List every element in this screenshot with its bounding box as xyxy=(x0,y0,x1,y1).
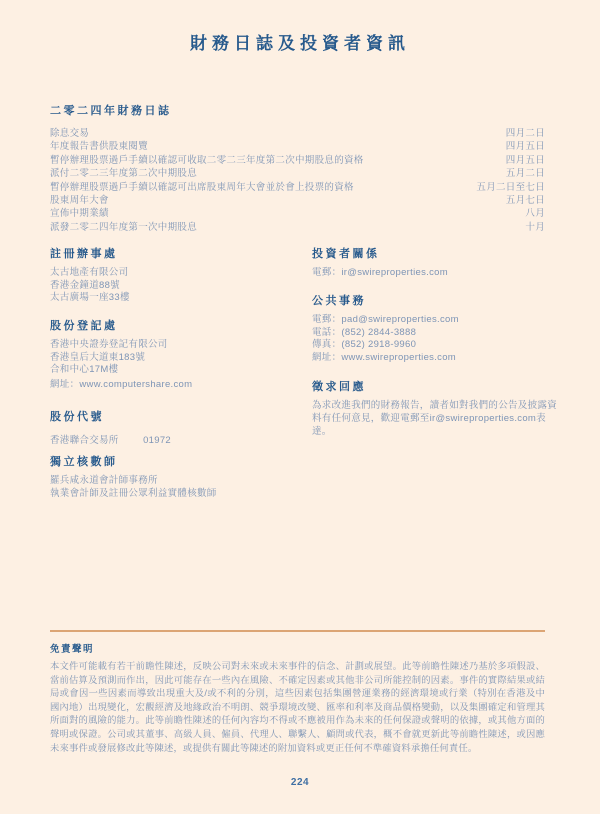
stock-code-heading: 股份代號 xyxy=(50,410,305,424)
share-registrar-line: 香港皇后大道東183號 xyxy=(50,352,305,365)
public-affairs-phone: 電話：(852) 2844-3888 xyxy=(312,327,552,340)
calendar-event-label: 暫停辦理股票過戶手續以確認可收取二零二三年度第二次中期股息的資格 xyxy=(50,154,364,167)
calendar-row: 暫停辦理股票過戶手續以確認可出席股東周年大會並於會上投票的資格 五月二日至七日 xyxy=(50,181,545,194)
calendar-event-date: 八月 xyxy=(525,207,545,220)
calendar-event-date: 四月五日 xyxy=(506,140,545,153)
calendar-event-label: 派付二零二三年度第二次中期股息 xyxy=(50,167,197,180)
investor-relations-heading: 投資者關係 xyxy=(312,247,552,261)
registered-office-line: 香港金鐘道88號 xyxy=(50,280,305,293)
stock-code-section: 股份代號 香港聯合交易所 01972 xyxy=(50,410,305,448)
investor-relations-email: 電郵：ir@swireproperties.com xyxy=(312,267,552,280)
stock-exchange-label: 香港聯合交易所 xyxy=(50,435,119,446)
feedback-heading: 徵求回應 xyxy=(312,380,564,394)
calendar-event-label: 暫停辦理股票過戶手續以確認可出席股東周年大會並於會上投票的資格 xyxy=(50,181,354,194)
registered-office-heading: 註冊辦事處 xyxy=(50,247,305,261)
share-registrar-heading: 股份登記處 xyxy=(50,319,305,333)
registered-office-section: 註冊辦事處 太古地產有限公司 香港金鐘道88號 太古廣場一座33樓 xyxy=(50,247,305,305)
calendar-row: 除息交易 四月二日 xyxy=(50,127,545,140)
calendar-event-date: 五月七日 xyxy=(506,194,545,207)
calendar-event-date: 五月二日至七日 xyxy=(476,181,545,194)
calendar-row: 宣佈中期業績 八月 xyxy=(50,207,545,220)
share-registrar-line: 合和中心17M樓 xyxy=(50,364,305,377)
share-registrar-website: 網址：www.computershare.com xyxy=(50,379,305,392)
report-page: 財務日誌及投資者資訊 二零二四年財務日誌 除息交易 四月二日 年度報告書供股東閱… xyxy=(0,0,600,814)
calendar-event-label: 宣佈中期業績 xyxy=(50,207,109,220)
public-affairs-fax: 傳真：(852) 2918-9960 xyxy=(312,339,552,352)
financial-calendar-section: 二零二四年財務日誌 除息交易 四月二日 年度報告書供股東閱覽 四月五日 暫停辦理… xyxy=(50,104,545,234)
stock-code-value: 01972 xyxy=(143,435,171,448)
auditor-line: 執業會計師及註冊公眾利益實體核數師 xyxy=(50,488,315,501)
share-registrar-line: 香港中央證券登記有限公司 xyxy=(50,339,305,352)
calendar-event-date: 四月五日 xyxy=(506,154,545,167)
public-affairs-heading: 公共事務 xyxy=(312,294,552,308)
calendar-row: 年度報告書供股東閱覽 四月五日 xyxy=(50,140,545,153)
calendar-event-label: 派發二零二四年度第一次中期股息 xyxy=(50,221,197,234)
feedback-body: 為求改進我們的財務報告，讀者如對我們的公告及披露資料有任何意見，歡迎電郵至ir@… xyxy=(312,400,564,438)
calendar-event-date: 十月 xyxy=(525,221,545,234)
calendar-event-date: 五月二日 xyxy=(506,167,545,180)
feedback-section: 徵求回應 為求改進我們的財務報告，讀者如對我們的公告及披露資料有任何意見，歡迎電… xyxy=(312,380,564,438)
calendar-row: 派付二零二三年度第二次中期股息 五月二日 xyxy=(50,167,545,180)
registered-office-line: 太古廣場一座33樓 xyxy=(50,292,305,305)
page-number: 224 xyxy=(0,777,600,788)
auditor-heading: 獨立核數師 xyxy=(50,455,315,469)
financial-calendar-rows: 除息交易 四月二日 年度報告書供股東閱覽 四月五日 暫停辦理股票過戶手續以確認可… xyxy=(50,127,545,234)
disclaimer-heading: 免責聲明 xyxy=(50,643,545,656)
calendar-row: 暫停辦理股票過戶手續以確認可收取二零二三年度第二次中期股息的資格 四月五日 xyxy=(50,154,545,167)
investor-relations-section: 投資者關係 電郵：ir@swireproperties.com xyxy=(312,247,552,280)
calendar-event-date: 四月二日 xyxy=(506,127,545,140)
public-affairs-section: 公共事務 電郵：pad@swireproperties.com 電話：(852)… xyxy=(312,294,552,364)
public-affairs-website: 網址：www.swireproperties.com xyxy=(312,352,552,365)
calendar-event-label: 股東周年大會 xyxy=(50,194,109,207)
calendar-row: 派發二零二四年度第一次中期股息 十月 xyxy=(50,221,545,234)
disclaimer-body: 本文件可能載有若干前瞻性陳述，反映公司對未來或未來事件的信念、計劃或展望。此等前… xyxy=(50,660,545,755)
share-registrar-section: 股份登記處 香港中央證券登記有限公司 香港皇后大道東183號 合和中心17M樓 … xyxy=(50,319,305,391)
financial-calendar-heading: 二零二四年財務日誌 xyxy=(50,104,545,118)
calendar-event-label: 年度報告書供股東閱覽 xyxy=(50,140,148,153)
calendar-row: 股東周年大會 五月七日 xyxy=(50,194,545,207)
calendar-event-label: 除息交易 xyxy=(50,127,89,140)
page-title: 財務日誌及投資者資訊 xyxy=(0,29,600,54)
registered-office-line: 太古地產有限公司 xyxy=(50,267,305,280)
auditor-section: 獨立核數師 羅兵咸永道會計師事務所 執業會計師及註冊公眾利益實體核數師 xyxy=(50,455,315,500)
section-divider xyxy=(50,630,545,632)
disclaimer-section: 免責聲明 本文件可能載有若干前瞻性陳述，反映公司對未來或未來事件的信念、計劃或展… xyxy=(50,643,545,755)
auditor-line: 羅兵咸永道會計師事務所 xyxy=(50,475,315,488)
public-affairs-email: 電郵：pad@swireproperties.com xyxy=(312,314,552,327)
